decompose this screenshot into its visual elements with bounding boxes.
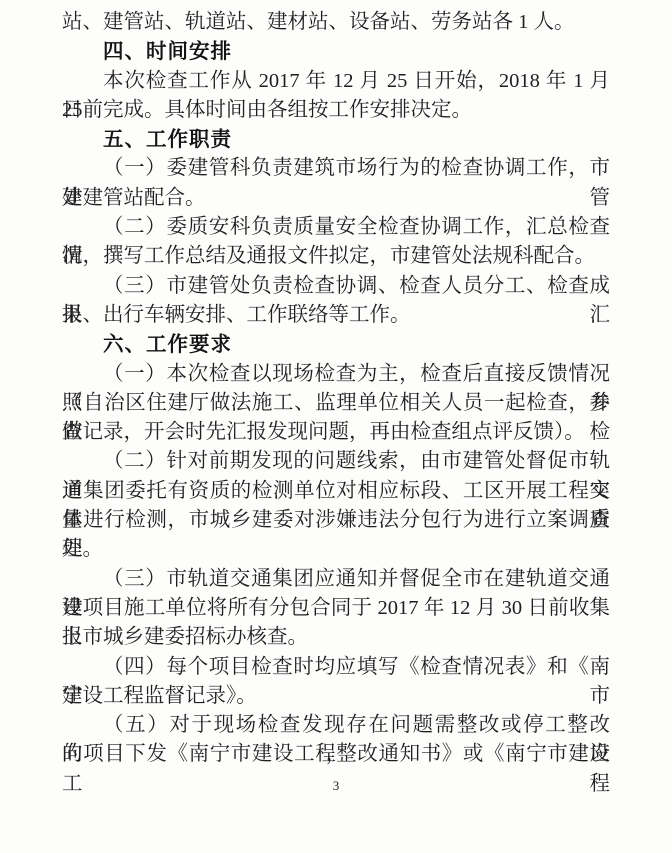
text-line: （三）市建管处负责检查协调、检查人员分工、检查成果汇	[62, 272, 610, 301]
text-line: 查记录，开会时先汇报发现问题，再由检查组点评反馈）。	[62, 418, 610, 447]
section-heading: 五、工作职责	[62, 125, 610, 154]
document-page: 站、建管站、轨道站、建材站、设备站、劳务站各 1 人。四、时间安排本次检查工作从…	[0, 0, 672, 853]
text-line: 向项目下发《南宁市建设工程整改通知书》或《南宁市建设工程	[62, 740, 610, 769]
section-heading: 四、时间安排	[62, 37, 610, 66]
text-line: （五）对于现场检查发现存在问题需整改或停工整改的，应	[62, 711, 610, 740]
document-body: 站、建管站、轨道站、建材站、设备站、劳务站各 1 人。四、时间安排本次检查工作从…	[62, 8, 610, 770]
text-line: （一）本次检查以现场检查为主，检查后直接反馈情况（参	[62, 360, 610, 389]
text-line: 照自治区住建厅做法施工、监理单位相关人员一起检查，并做检	[62, 389, 610, 418]
text-line: 况，撰写工作总结及通报文件拟定，市建管处法规科配合。	[62, 242, 610, 271]
text-line: （一）委建管科负责建筑市场行为的检查协调工作，市建管	[62, 154, 610, 183]
text-line: （二）针对前期发现的问题线索，由市建管处督促市轨道交	[62, 447, 610, 476]
text-line: （三）市轨道交通集团应通知并督促全市在建轨道交通建	[62, 565, 610, 594]
text-line: 通集团委托有资质的检测单位对相应标段、工区开展工程实体质	[62, 477, 610, 506]
text-line: 报市城乡建委招标办核查。	[62, 623, 610, 652]
text-line: 设项目施工单位将所有分包合同于 2017 年 12 月 30 日前收集上	[62, 594, 610, 623]
text-line: 量进行检测，市城乡建委对涉嫌违法分包行为进行立案调查处	[62, 506, 610, 535]
text-line: （二）委质安科负责质量安全检查协调工作，汇总检查情	[62, 213, 610, 242]
page-number: 3	[0, 778, 672, 794]
section-heading: 六、工作要求	[62, 330, 610, 359]
text-line: 站、建管站、轨道站、建材站、设备站、劳务站各 1 人。	[62, 8, 610, 37]
text-line: 日前完成。具体时间由各组按工作安排决定。	[62, 96, 610, 125]
text-line: 本次检查工作从 2017 年 12 月 25 日开始，2018 年 1 月 25	[62, 67, 610, 96]
text-line: 理。	[62, 535, 610, 564]
text-line: （四）每个项目检查时均应填写《检查情况表》和《南宁市	[62, 653, 610, 682]
